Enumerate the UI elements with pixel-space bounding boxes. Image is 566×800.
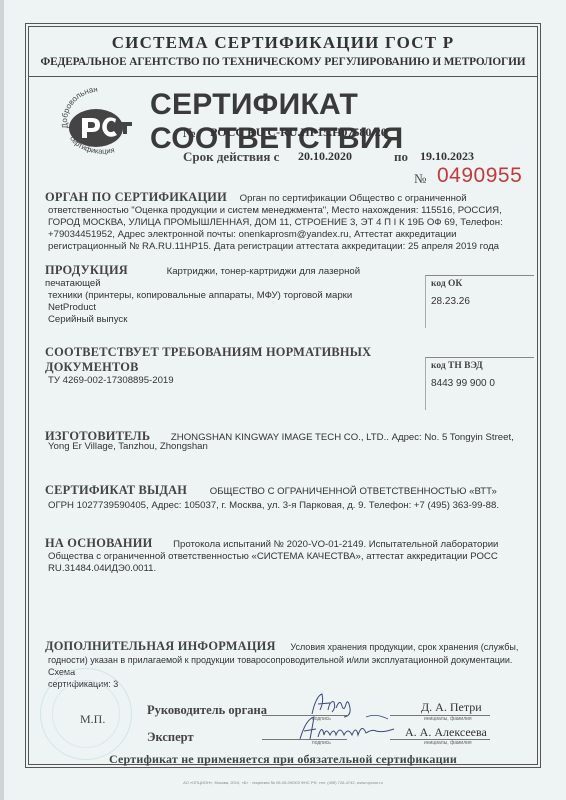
section-product: ПРОДУКЦИЯ Картриджи, тонер-картриджи для…: [45, 264, 395, 326]
code-tnved-caption: код ТН ВЭД: [431, 361, 483, 371]
expert-name: А. А. Алексеева: [405, 725, 487, 740]
stamp-place-label: М.П.: [80, 712, 105, 727]
section-first-line: Протокола испытаний № 2020-VO-01-2149. И…: [173, 539, 498, 550]
section-lines: Общества с ограниченной ответственностью…: [45, 551, 515, 575]
section-requirements: СООТВЕТСТВУЕТ ТРЕБОВАНИЯМ НОРМАТИВНЫХ ДО…: [45, 345, 425, 387]
section-certification-body: ОРГАН ПО СЕРТИФИКАЦИИ Орган по сертифика…: [45, 191, 525, 253]
text-line: техники (принтеры, копировальные аппарат…: [48, 290, 395, 314]
system-title: СИСТЕМА СЕРТИФИКАЦИИ ГОСТ Р: [29, 33, 537, 53]
section-manufacturer: ИЗГОТОВИТЕЛЬ ZHONGSHAN KINGWAY IMAGE TEC…: [45, 430, 525, 453]
expert-name-caption: инициалы, фамилия: [424, 740, 472, 746]
head-name-caption: инициалы, фамилия: [424, 716, 472, 722]
section-label: НА ОСНОВАНИИ: [45, 536, 152, 550]
rst-logo-icon: Добровольная сертификация: [58, 88, 142, 158]
serial-number-label: №: [414, 171, 426, 187]
section-lines: ОГРН 1027739590405, Адрес: 105037, г. Мо…: [45, 500, 525, 512]
header-divider: [29, 76, 537, 77]
text-line: RU.31484.04ИДЭ0.0011.: [48, 563, 515, 575]
section-first-line: ZHONGSHAN KINGWAY IMAGE TECH CO., LTD.. …: [171, 432, 514, 443]
section-lines: ответственностью "Оценка продукции и сис…: [45, 205, 525, 253]
text-line: Общества с ограниченной ответственностью…: [48, 551, 515, 563]
code-tnved-value: 8443 99 900 0: [431, 378, 495, 389]
section-first-line: Орган по сертификации Общество с огранич…: [240, 193, 467, 204]
serial-number: 0490955: [437, 164, 522, 188]
text-line: регистрационный № RA.RU.11НР15. Дата рег…: [48, 241, 525, 253]
text-line: Серийный выпуск: [48, 314, 395, 326]
certificate-number-label: №: [183, 125, 196, 141]
text-line: ответственностью "Оценка продукции и сис…: [48, 205, 525, 217]
text-line: +79034451952, Адрес электронной почты: o…: [48, 229, 525, 241]
section-lines: техники (принтеры, копировальные аппарат…: [45, 290, 395, 326]
section-label: СЕРТИФИКАТ ВЫДАН: [45, 483, 187, 497]
head-signature-caption: подпись: [312, 716, 331, 722]
section-label: СООТВЕТСТВУЕТ ТРЕБОВАНИЯМ НОРМАТИВНЫХ ДО…: [45, 345, 425, 375]
section-first-line: ОБЩЕСТВО С ОГРАНИЧЕННОЙ ОТВЕТСТВЕННОСТЬЮ…: [210, 486, 497, 497]
code-ok-value: 28.23.26: [431, 296, 470, 307]
head-name: Д. А. Петри: [421, 700, 482, 715]
text-line: ОГРН 1027739590405, Адрес: 105037, г. Мо…: [48, 500, 525, 512]
certificate-title: СЕРТИФИКАТ СООТВЕТСТВИЯ: [150, 88, 566, 156]
page-edge: [0, 0, 4, 800]
validity-label: Срок действия с: [183, 149, 279, 165]
printer-imprint: АО «ОПЦИОН», Москва, 2019, «Б» · лицензи…: [29, 780, 537, 785]
valid-to-label: по: [394, 149, 408, 165]
text-line: ТУ 4269-002-17308895-2019: [48, 375, 425, 387]
section-lines: ТУ 4269-002-17308895-2019: [45, 375, 425, 387]
code-ok-caption: код ОК: [431, 279, 462, 289]
section-label: ДОПОЛНИТЕЛЬНАЯ ИНФОРМАЦИЯ: [45, 639, 276, 653]
code-ok-box: код ОК 28.23.26: [425, 275, 534, 328]
valid-from-date: 20.10.2020: [298, 149, 352, 164]
section-issued-to: СЕРТИФИКАТ ВЫДАН ОБЩЕСТВО С ОГРАНИЧЕННОЙ…: [45, 484, 525, 512]
valid-to-date: 19.10.2023: [420, 149, 474, 164]
text-line: годности) указан в прилагаемой к продукц…: [48, 654, 520, 678]
section-label: ОРГАН ПО СЕРТИФИКАЦИИ: [45, 190, 227, 204]
expert-signature-caption: подпись: [312, 740, 331, 746]
section-label: ПРОДУКЦИЯ: [45, 263, 128, 277]
section-first-line: Условия хранения продукции, срок хранени…: [290, 642, 518, 652]
agency-title: ФЕДЕРАЛЬНОЕ АГЕНТСТВО ПО ТЕХНИЧЕСКОМУ РЕ…: [29, 56, 537, 68]
certificate-number: РОСС RU C-RU.НР15.Н07580/20: [210, 125, 387, 140]
code-tnved-box: код ТН ВЭД 8443 99 900 0: [425, 357, 534, 410]
section-basis: НА ОСНОВАНИИ Протокола испытаний № 2020-…: [45, 537, 515, 575]
head-role-label: Руководитель органа: [147, 703, 267, 718]
expert-signature: [296, 715, 396, 748]
text-line: ГОРОД МОСКВА, УЛИЦА ПРОМЫШЛЕННАЯ, ДОМ 11…: [48, 217, 525, 229]
expert-role-label: Эксперт: [147, 730, 194, 745]
disclaimer: Сертификат не применяется при обязательн…: [29, 752, 537, 767]
